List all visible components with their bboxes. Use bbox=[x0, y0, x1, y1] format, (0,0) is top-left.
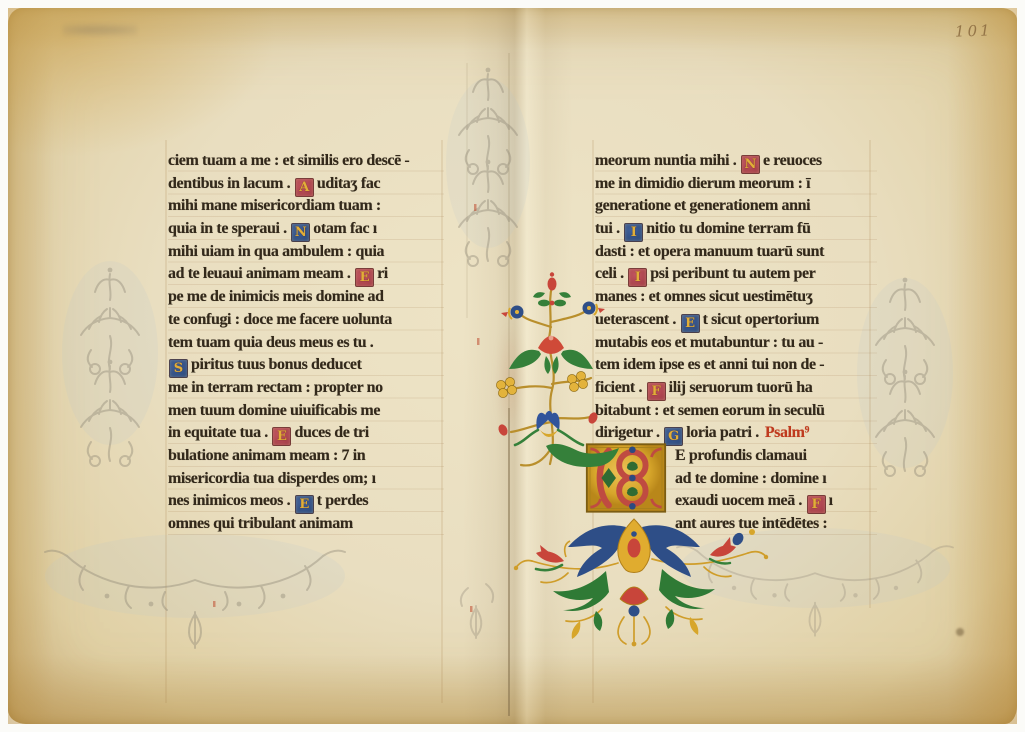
versal-initial: N bbox=[741, 155, 760, 174]
line-text: ant aures tue intēdētes : bbox=[675, 515, 827, 532]
line-text-pre: nes inimicos meos . bbox=[168, 492, 294, 509]
faint-offset-smudge bbox=[63, 22, 137, 38]
versal-initial: I bbox=[624, 223, 643, 242]
left-page-text-block: ciem tuam a me : et similis ero descē -d… bbox=[168, 150, 444, 536]
line-text: me in terram rectam : propter no bbox=[168, 379, 383, 396]
line-text: otam fac ı bbox=[313, 220, 377, 237]
line-text-pre: quia in te speraui . bbox=[168, 220, 290, 237]
text-line: meorum nuntia mihi . Ne reuoces bbox=[595, 150, 877, 173]
right-page-text-block: meorum nuntia mihi . Ne reuocesme in dim… bbox=[595, 150, 877, 536]
line-text: bitabunt : et semen eorum in seculū bbox=[595, 402, 825, 419]
line-text-pre: celi . bbox=[595, 265, 627, 282]
text-line: ficient . Filij seruorum tuorū ha bbox=[595, 377, 877, 400]
line-text: nitio tu domine terram fū bbox=[646, 220, 810, 237]
text-line: me in dimidio dierum meorum : ī bbox=[595, 173, 877, 196]
line-text: mihi mane misericordiam tuam : bbox=[168, 197, 381, 214]
line-text: generatione et generationem anni bbox=[595, 197, 810, 214]
text-line: quia in te speraui . Notam fac ı bbox=[168, 218, 444, 241]
line-text: piritus tuus bonus deducet bbox=[191, 356, 362, 373]
text-line: ant aures tue intēdētes : bbox=[595, 513, 877, 536]
text-line: pe me de inimicis meis domine ad bbox=[168, 286, 444, 309]
text-line: in equitate tua . Educes de tri bbox=[168, 422, 444, 445]
versal-initial: E bbox=[355, 268, 374, 287]
text-line: ad te leuaui animam meam . Eri bbox=[168, 263, 444, 286]
text-line: nes inimicos meos . Et perdes bbox=[168, 490, 444, 513]
text-line: bulatione animam meam : 7 in bbox=[168, 445, 444, 468]
line-text: ciem tuam a me : et similis ero descē - bbox=[168, 152, 409, 169]
text-line: te confugi : doce me facere uolunta bbox=[168, 309, 444, 332]
line-text-pre: ficient . bbox=[595, 379, 646, 396]
text-line: Spiritus tuus bonus deducet bbox=[168, 354, 444, 377]
line-text: t perdes bbox=[317, 492, 368, 509]
line-text-pre: meorum nuntia mihi . bbox=[595, 152, 740, 169]
line-text: tem idem ipse es et anni tui non de - bbox=[595, 356, 824, 373]
stain-left-edge bbox=[8, 8, 54, 724]
versal-initial: A bbox=[295, 178, 314, 197]
versal-initial: N bbox=[291, 223, 310, 242]
text-line: omnes qui tribulant animam bbox=[168, 513, 444, 536]
line-text: tem tuam quia deus meus es tu . bbox=[168, 334, 373, 351]
text-line: generatione et generationem anni bbox=[595, 195, 877, 218]
text-line: mihi mane misericordiam tuam : bbox=[168, 195, 444, 218]
line-text: ad te domine : domine ı bbox=[675, 470, 826, 487]
text-line: dentibus in lacum . Auditaʒ fac bbox=[168, 173, 444, 196]
line-text: pe me de inimicis meis domine ad bbox=[168, 288, 384, 305]
line-text: men tuum domine uiuificabis me bbox=[168, 402, 380, 419]
stain-right-edge bbox=[947, 8, 1017, 724]
line-text-pre: ueterascent . bbox=[595, 311, 680, 328]
line-text: ı bbox=[829, 492, 833, 509]
line-text: me in dimidio dierum meorum : ī bbox=[595, 175, 810, 192]
line-text-pre: dentibus in lacum . bbox=[168, 175, 294, 192]
line-text: misericordia tua disperdes om; ı bbox=[168, 470, 376, 487]
line-text-pre: exaudi uocem meā . bbox=[675, 492, 806, 509]
stain-top-edge bbox=[8, 8, 1017, 50]
line-text-pre: dirigetur . bbox=[595, 424, 663, 441]
stain-speck bbox=[956, 628, 964, 636]
stain-bottom-edge bbox=[8, 654, 1017, 724]
line-text: dasti : et opera manuum tuarū sunt bbox=[595, 243, 824, 260]
versal-initial: S bbox=[169, 359, 188, 378]
line-text: e reuoces bbox=[763, 152, 822, 169]
line-text: psi peribunt tu autem per bbox=[650, 265, 815, 282]
versal-initial: G bbox=[664, 427, 683, 446]
line-text: t sicut opertorium bbox=[703, 311, 819, 328]
illuminated-initial-d bbox=[585, 442, 667, 514]
versal-initial: F bbox=[647, 382, 666, 401]
parchment-spread: ciem tuam a me : et similis ero descē -d… bbox=[8, 8, 1017, 724]
versal-initial: E bbox=[272, 427, 291, 446]
text-line: ciem tuam a me : et similis ero descē - bbox=[168, 150, 444, 173]
line-text: ri bbox=[377, 265, 388, 282]
line-text: loria patri . bbox=[686, 424, 759, 441]
text-line: mutabis eos et mutabuntur : tu au - bbox=[595, 332, 877, 355]
text-line: mihi uiam in qua ambulem : quia bbox=[168, 241, 444, 264]
stain-top-left bbox=[8, 8, 278, 158]
text-line: tem idem ipse es et anni tui non de - bbox=[595, 354, 877, 377]
manuscript-photo: ciem tuam a me : et similis ero descē -d… bbox=[0, 0, 1025, 732]
line-text-pre: in equitate tua . bbox=[168, 424, 271, 441]
line-text: mihi uiam in qua ambulem : quia bbox=[168, 243, 384, 260]
text-line: manes : et omnes sicut uestimētuʒ bbox=[595, 286, 877, 309]
line-text: mutabis eos et mutabuntur : tu au - bbox=[595, 334, 823, 351]
line-text: ilij seruorum tuorū ha bbox=[669, 379, 813, 396]
line-text: omnes qui tribulant animam bbox=[168, 515, 353, 532]
rubric-psalmus: Psalm⁹ bbox=[765, 424, 809, 441]
line-text: E profundis clamaui bbox=[675, 447, 807, 464]
text-line: tem tuam quia deus meus es tu . bbox=[168, 332, 444, 355]
line-text-pre: ad te leuaui animam meam . bbox=[168, 265, 354, 282]
text-line: misericordia tua disperdes om; ı bbox=[168, 468, 444, 491]
line-text: te confugi : doce me facere uolunta bbox=[168, 311, 392, 328]
text-line: me in terram rectam : propter no bbox=[168, 377, 444, 400]
line-text-pre: tui . bbox=[595, 220, 623, 237]
line-text: duces de tri bbox=[294, 424, 368, 441]
stain-gutter-smudge bbox=[496, 323, 524, 438]
text-line: dasti : et opera manuum tuarū sunt bbox=[595, 241, 877, 264]
text-line: tui . Initio tu domine terram fū bbox=[595, 218, 877, 241]
line-text: bulatione animam meam : 7 in bbox=[168, 447, 365, 464]
text-line: ueterascent . Et sicut opertorium bbox=[595, 309, 877, 332]
text-line: bitabunt : et semen eorum in seculū bbox=[595, 400, 877, 423]
versal-initial: E bbox=[295, 495, 314, 514]
versal-initial: E bbox=[681, 314, 700, 333]
line-text: manes : et omnes sicut uestimētuʒ bbox=[595, 288, 813, 305]
line-text: uditaʒ fac bbox=[317, 175, 380, 192]
folio-number: 101 bbox=[955, 21, 993, 40]
text-line: celi . Ipsi peribunt tu autem per bbox=[595, 263, 877, 286]
gutter-fold-shadow bbox=[463, 8, 573, 724]
versal-initial: F bbox=[807, 495, 826, 514]
versal-initial: I bbox=[628, 268, 647, 287]
text-line: men tuum domine uiuificabis me bbox=[168, 400, 444, 423]
